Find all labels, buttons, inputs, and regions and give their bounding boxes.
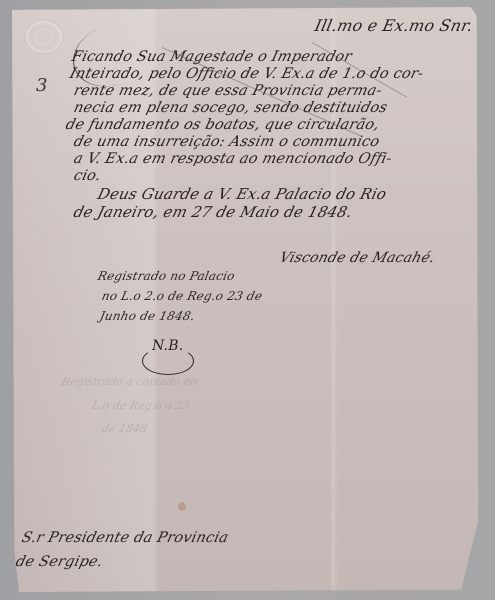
body-line-1: Ficando Sua Magestade o Imperador: [70, 49, 353, 65]
registry-note-line-1: Registrado no Palacio: [97, 269, 237, 283]
body-line-5: de fundamento os boatos, que circularão,: [64, 117, 381, 133]
body-line-8: cio.: [72, 168, 103, 184]
body-line-6: de uma insurreição: Assim o communico: [72, 134, 381, 150]
body-line-7: a V. Ex.a em resposta ao mencionado Offi…: [72, 151, 394, 167]
document-scan: Ill.mo e Ex.mo Snr. 3 Ficando Sua Magest…: [0, 0, 495, 600]
registry-note-line-3: Junho de 1848.: [99, 309, 197, 323]
closing-line-2: de Janeiro, em 27 de Maio de 1848.: [72, 203, 355, 221]
letter-sheet: Ill.mo e Ex.mo Snr. 3 Ficando Sua Magest…: [12, 7, 480, 592]
bleed-through-line-3: de 1848: [101, 422, 149, 435]
addressee-line-2: de Sergipe.: [14, 554, 105, 570]
foxing-stain: [178, 502, 186, 511]
body-line-4: necia em plena socego, sendo destituidos: [72, 100, 389, 116]
margin-number: 3: [36, 75, 48, 96]
seal-inner-ring: [34, 29, 54, 45]
registry-note-line-2: no L.o 2.o de Reg.o 23 de: [101, 289, 264, 303]
bleed-through-line-2: L.o de Reg.o a 23: [91, 399, 191, 412]
addressee-line-1: S.r Presidente da Provincia: [20, 530, 230, 546]
body-line-3: rente mez, de que essa Provincia perma-: [72, 83, 384, 99]
body-line-2: Inteirado, pelo Officio de V. Ex.a de 1.…: [68, 66, 425, 82]
embossed-seal-icon: [26, 21, 62, 53]
bleed-through-line-1: Registrado a copiado no: [61, 375, 199, 388]
salutation: Ill.mo e Ex.mo Snr.: [313, 16, 475, 35]
closing-line-1: Deus Guarde a V. Ex.a Palacio do Rio: [96, 185, 389, 203]
signature: Visconde de Macahé.: [278, 250, 437, 266]
initials-flourish: [142, 347, 194, 375]
